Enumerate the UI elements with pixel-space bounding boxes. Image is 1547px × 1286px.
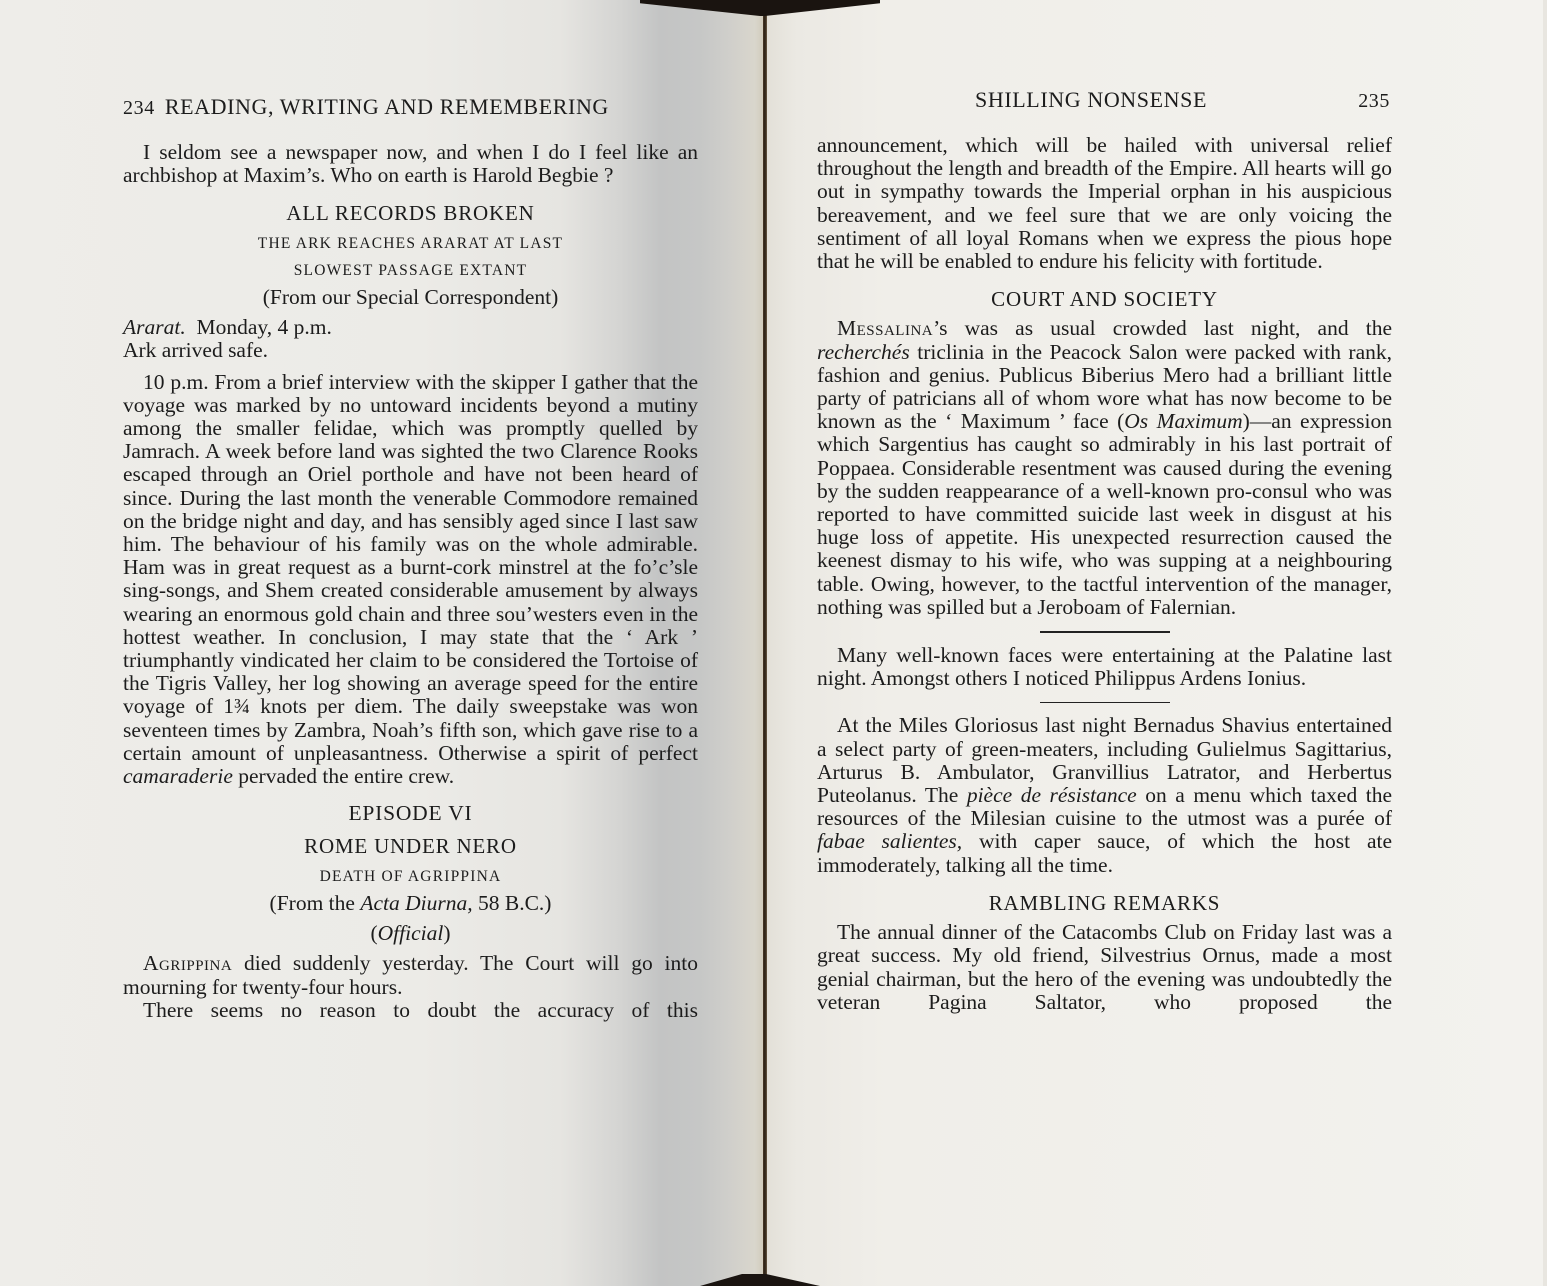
rambling-heading: RAMBLING REMARKS — [817, 892, 1392, 915]
court-para-1: Messalina’s was as usual crowded last ni… — [817, 317, 1392, 619]
running-head-title: SHILLING NONSENSE — [975, 88, 1207, 111]
italic-camaraderie: camaraderie — [123, 764, 233, 788]
article-headline: ALL RECORDS BROKEN — [123, 202, 698, 225]
court-heading: COURT AND SOCIETY — [817, 288, 1392, 311]
episode-source: (From the Acta Diurna, 58 B.C.) — [123, 892, 698, 915]
episode-subtitle: ROME UNDER NERO — [123, 835, 698, 858]
right-page-text: SHILLING NONSENSE 235 announcement, whic… — [817, 88, 1392, 1014]
intro-paragraph: I seldom see a newspaper now, and when I… — [123, 141, 698, 187]
court-para-3: At the Miles Gloriosus last night Bernad… — [817, 714, 1392, 876]
section-divider — [1040, 631, 1170, 633]
page-number: 235 — [1358, 90, 1390, 113]
dateline-time: Monday, 4 p.m. — [196, 315, 331, 339]
running-head-right: SHILLING NONSENSE 235 — [817, 88, 1392, 118]
episode-title: EPISODE VI — [123, 802, 698, 825]
continuation-paragraph: announcement, which will be hailed with … — [817, 134, 1392, 273]
book-gutter — [763, 0, 767, 1286]
page-number: 234 — [123, 97, 155, 120]
page-edge — [1543, 0, 1547, 1286]
rambling-para-1: The annual dinner of the Catacombs Club … — [817, 921, 1392, 1014]
left-page-text: 234 READING, WRITING AND REMEMBERING I s… — [123, 95, 698, 1022]
court-para-2: Many well-known faces were entertaining … — [817, 644, 1392, 690]
dateline: Ararat. Monday, 4 p.m. — [123, 316, 698, 339]
article-byline: (From our Special Correspondent) — [123, 286, 698, 309]
episode-para-2: There seems no reason to doubt the accur… — [123, 999, 698, 1022]
episode-subhead: DEATH OF AGRIPPINA — [123, 865, 698, 888]
dateline-place: Ararat. — [123, 315, 186, 339]
episode-para-1: Agrippina died suddenly yesterday. The C… — [123, 952, 698, 998]
article-body: 10 p.m. From a brief interview with the … — [123, 371, 698, 789]
article-subhead-2: SLOWEST PASSAGE EXTANT — [123, 259, 698, 282]
running-head-title: READING, WRITING AND REMEMBERING — [165, 95, 609, 118]
article-first-line: Ark arrived safe. — [123, 339, 698, 362]
article-subhead-1: THE ARK REACHES ARARAT AT LAST — [123, 232, 698, 255]
episode-official: (Official) — [123, 922, 698, 945]
section-divider — [1040, 702, 1170, 704]
book-spread: 234 READING, WRITING AND REMEMBERING I s… — [0, 0, 1547, 1286]
running-head-left: 234 READING, WRITING AND REMEMBERING — [123, 95, 698, 125]
